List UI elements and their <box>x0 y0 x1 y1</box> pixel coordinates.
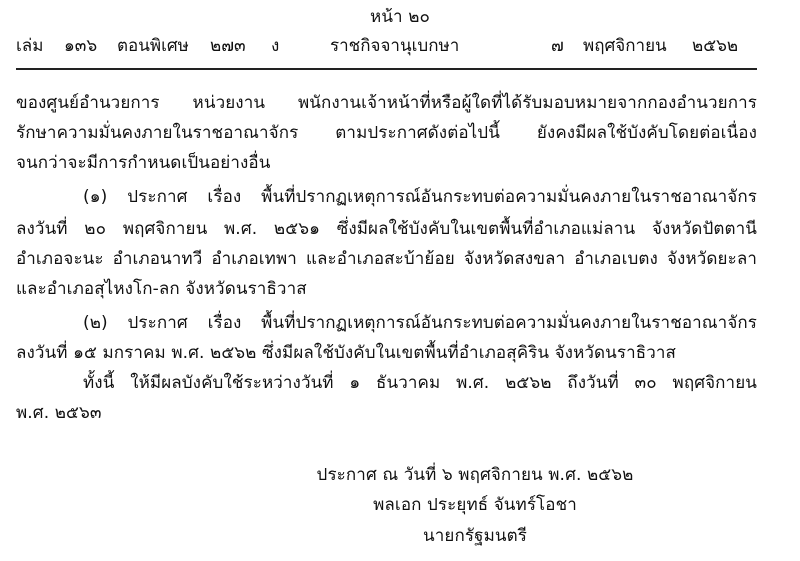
section-label: ตอนพิเศษ <box>117 35 189 57</box>
date-year: ๒๕๖๒ <box>692 35 738 57</box>
date-day: ๗ <box>551 35 564 57</box>
body-line: พ.ศ. ๒๕๖๓ <box>16 402 102 424</box>
item-2-heading: (๒) ประกาศ เรื่อง พื้นที่ปรากฏเหตุการณ์อ… <box>83 312 757 334</box>
signer-name: พลเอก ประยุทธ์ จันทร์โอชา <box>250 494 700 516</box>
effective-period: ทั้งนี้ ให้มีผลบังคับใช้ระหว่างวันที่ ๑ … <box>83 372 757 394</box>
body-line: อำเภอจะนะ อำเภอนาทวี อำเภอเทพา และอำเภอส… <box>16 248 757 270</box>
section-number: ๒๗๓ <box>210 35 246 57</box>
section-letter: ง <box>271 35 279 57</box>
page-number: หน้า ๒๐ <box>0 6 800 28</box>
date-month: พฤศจิกายน <box>583 35 667 57</box>
body-line: ลงวันที่ ๑๕ มกราคม พ.ศ. ๒๕๖๒ ซึ่งมีผลใช้… <box>16 342 676 364</box>
header-divider <box>16 68 757 70</box>
body-line: ลงวันที่ ๒๐ พฤศจิกายน พ.ศ. ๒๕๖๑ ซึ่งมีผล… <box>16 218 757 240</box>
announcement-date: ประกาศ ณ วันที่ ๖ พฤศจิกายน พ.ศ. ๒๕๖๒ <box>250 464 700 486</box>
volume-label: เล่ม <box>16 35 43 57</box>
body-line: รักษาความมั่นคงภายในราชอาณาจักร ตามประกา… <box>16 122 757 144</box>
gazette-name: ราชกิจจานุเบกษา <box>330 35 459 57</box>
volume-number: ๑๓๖ <box>64 35 97 57</box>
item-1-heading: (๑) ประกาศ เรื่อง พื้นที่ปรากฏเหตุการณ์อ… <box>83 186 757 208</box>
body-line: จนกว่าจะมีการกำหนดเป็นอย่างอื่น <box>16 152 270 174</box>
gazette-header: เล่ม ๑๓๖ ตอนพิเศษ ๒๗๓ ง ราชกิจจานุเบกษา … <box>16 35 757 59</box>
body-line: ของศูนย์อำนวยการ หน่วยงาน พนักงานเจ้าหน้… <box>16 92 757 114</box>
body-line: และอำเภอสุไหงโก-ลก จังหวัดนราธิวาส <box>16 278 307 300</box>
signer-title: นายกรัฐมนตรี <box>250 525 700 547</box>
